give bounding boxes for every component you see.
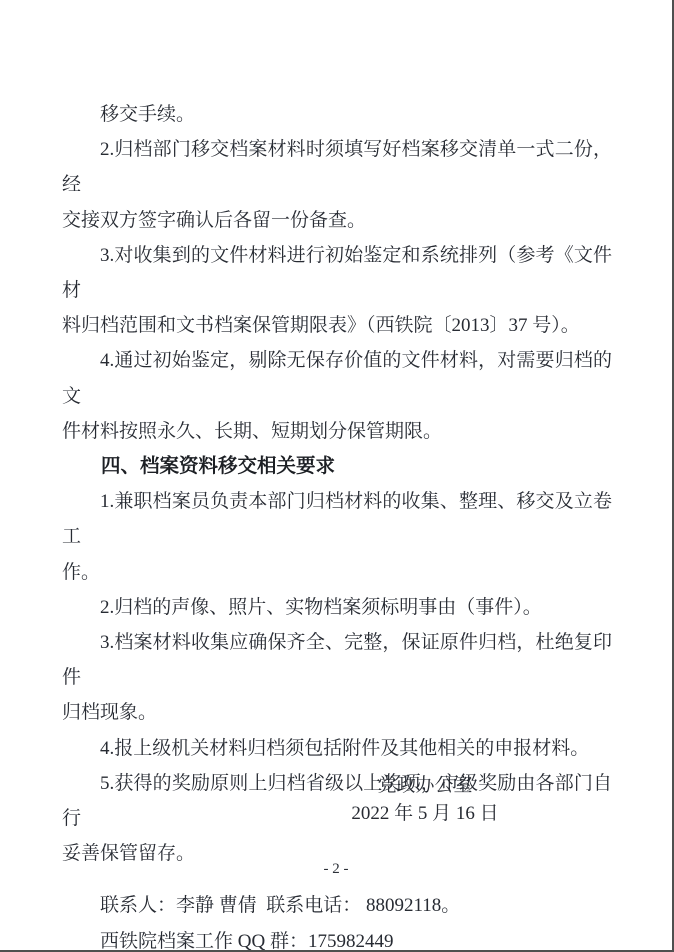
qq-group-line: 西铁院档案工作 QQ 群：175982449 bbox=[62, 924, 612, 952]
item-2-line-1: 2.归档部门移交档案材料时须填写好档案移交清单一式二份，经 bbox=[62, 132, 612, 202]
item-4-line-1: 4.通过初始鉴定，剔除无保存价值的文件材料，对需要归档的文 bbox=[62, 343, 612, 413]
contact-block: 联系人：李静 曹倩 联系电话： 88092118。 西铁院档案工作 QQ 群：1… bbox=[62, 888, 612, 952]
contact-persons-line: 联系人：李静 曹倩 联系电话： 88092118。 bbox=[62, 888, 612, 923]
section-4-heading: 四、档案资料移交相关要求 bbox=[62, 449, 612, 484]
signature-office: 党政办公室 bbox=[299, 772, 551, 800]
item-3-line-1: 3.对收集到的文件材料进行初始鉴定和系统排列（参考《文件材 bbox=[62, 238, 612, 308]
signature-date: 2022 年 5 月 16 日 bbox=[299, 800, 551, 828]
req-2-line: 2.归档的声像、照片、实物档案须标明事由（事件）。 bbox=[62, 590, 612, 625]
signature-block: 党政办公室 2022 年 5 月 16 日 bbox=[299, 772, 551, 828]
req-1-line-1: 1.兼职档案员负责本部门归档材料的收集、整理、移交及立卷工 bbox=[62, 484, 612, 554]
item-3-line-2: 料归档范围和文书档案保管期限表》（西铁院〔2013〕37 号）。 bbox=[62, 308, 612, 343]
item-2-line-2: 交接双方签字确认后各留一份备查。 bbox=[62, 203, 612, 238]
req-1-line-2: 作。 bbox=[62, 555, 612, 590]
paragraph-tail-line: 移交手续。 bbox=[62, 97, 612, 132]
req-3-line-2: 归档现象。 bbox=[62, 695, 612, 730]
item-4-line-2: 件材料按照永久、长期、短期划分保管期限。 bbox=[62, 414, 612, 449]
document-page: 移交手续。 2.归档部门移交档案材料时须填写好档案移交清单一式二份，经 交接双方… bbox=[0, 0, 674, 952]
page-number: - 2 - bbox=[0, 857, 672, 881]
req-3-line-1: 3.档案材料收集应确保齐全、完整，保证原件归档，杜绝复印件 bbox=[62, 625, 612, 695]
req-4-line: 4.报上级机关材料归档须包括附件及其他相关的申报材料。 bbox=[62, 731, 612, 766]
